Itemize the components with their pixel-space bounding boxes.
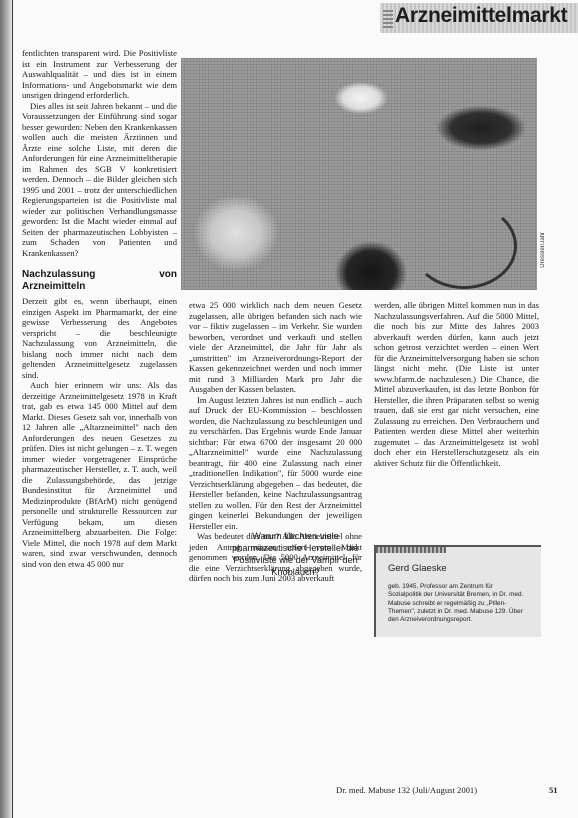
bio-decoration-bar xyxy=(376,547,446,553)
article-column-3: werden, alle übrigen Mittel kommen nun i… xyxy=(374,300,539,468)
binding-line xyxy=(12,0,13,818)
paragraph: Derzeit gibt es, wenn überhaupt, einen e… xyxy=(22,296,177,380)
author-bio: geb. 1945, Professor am Zentrum für Sozi… xyxy=(388,583,528,624)
paragraph: etwa 25 000 wirklich nach dem neuen Gese… xyxy=(189,300,362,395)
paragraph: Im August letzten Jahres ist nun endlich… xyxy=(189,395,362,532)
photo-glass-shape xyxy=(411,203,517,289)
page-binding-edge xyxy=(0,0,12,818)
photo-credit: Dressler/Jahr xyxy=(540,232,546,268)
author-bio-box: Gerd Glaeske geb. 1945, Professor am Zen… xyxy=(374,545,541,637)
section-title: Arzneimittelmarkt xyxy=(395,4,567,28)
author-name: Gerd Glaeske xyxy=(388,563,447,574)
article-column-1: fentlichten transparent wird. Die Positi… xyxy=(22,48,177,569)
paragraph: fentlichten transparent wird. Die Positi… xyxy=(22,48,177,101)
page-footer-citation: Dr. med. Mabuse 132 (Juli/August 2001) xyxy=(336,785,477,795)
article-photo xyxy=(181,58,537,290)
page-number: 51 xyxy=(549,785,558,795)
subheading: Nachzulassung von Arzneimitteln xyxy=(22,269,177,293)
paragraph: Dies alles ist seit Jahren bekannt – und… xyxy=(22,101,177,259)
paragraph: werden, alle übrigen Mittel kommen nun i… xyxy=(374,300,539,468)
header-decoration-icon xyxy=(383,10,393,28)
paragraph: Auch hier erinnern wir uns: Als das derz… xyxy=(22,380,177,569)
pull-quote: Warum fürchten viele pharmazeutische Her… xyxy=(228,530,363,578)
